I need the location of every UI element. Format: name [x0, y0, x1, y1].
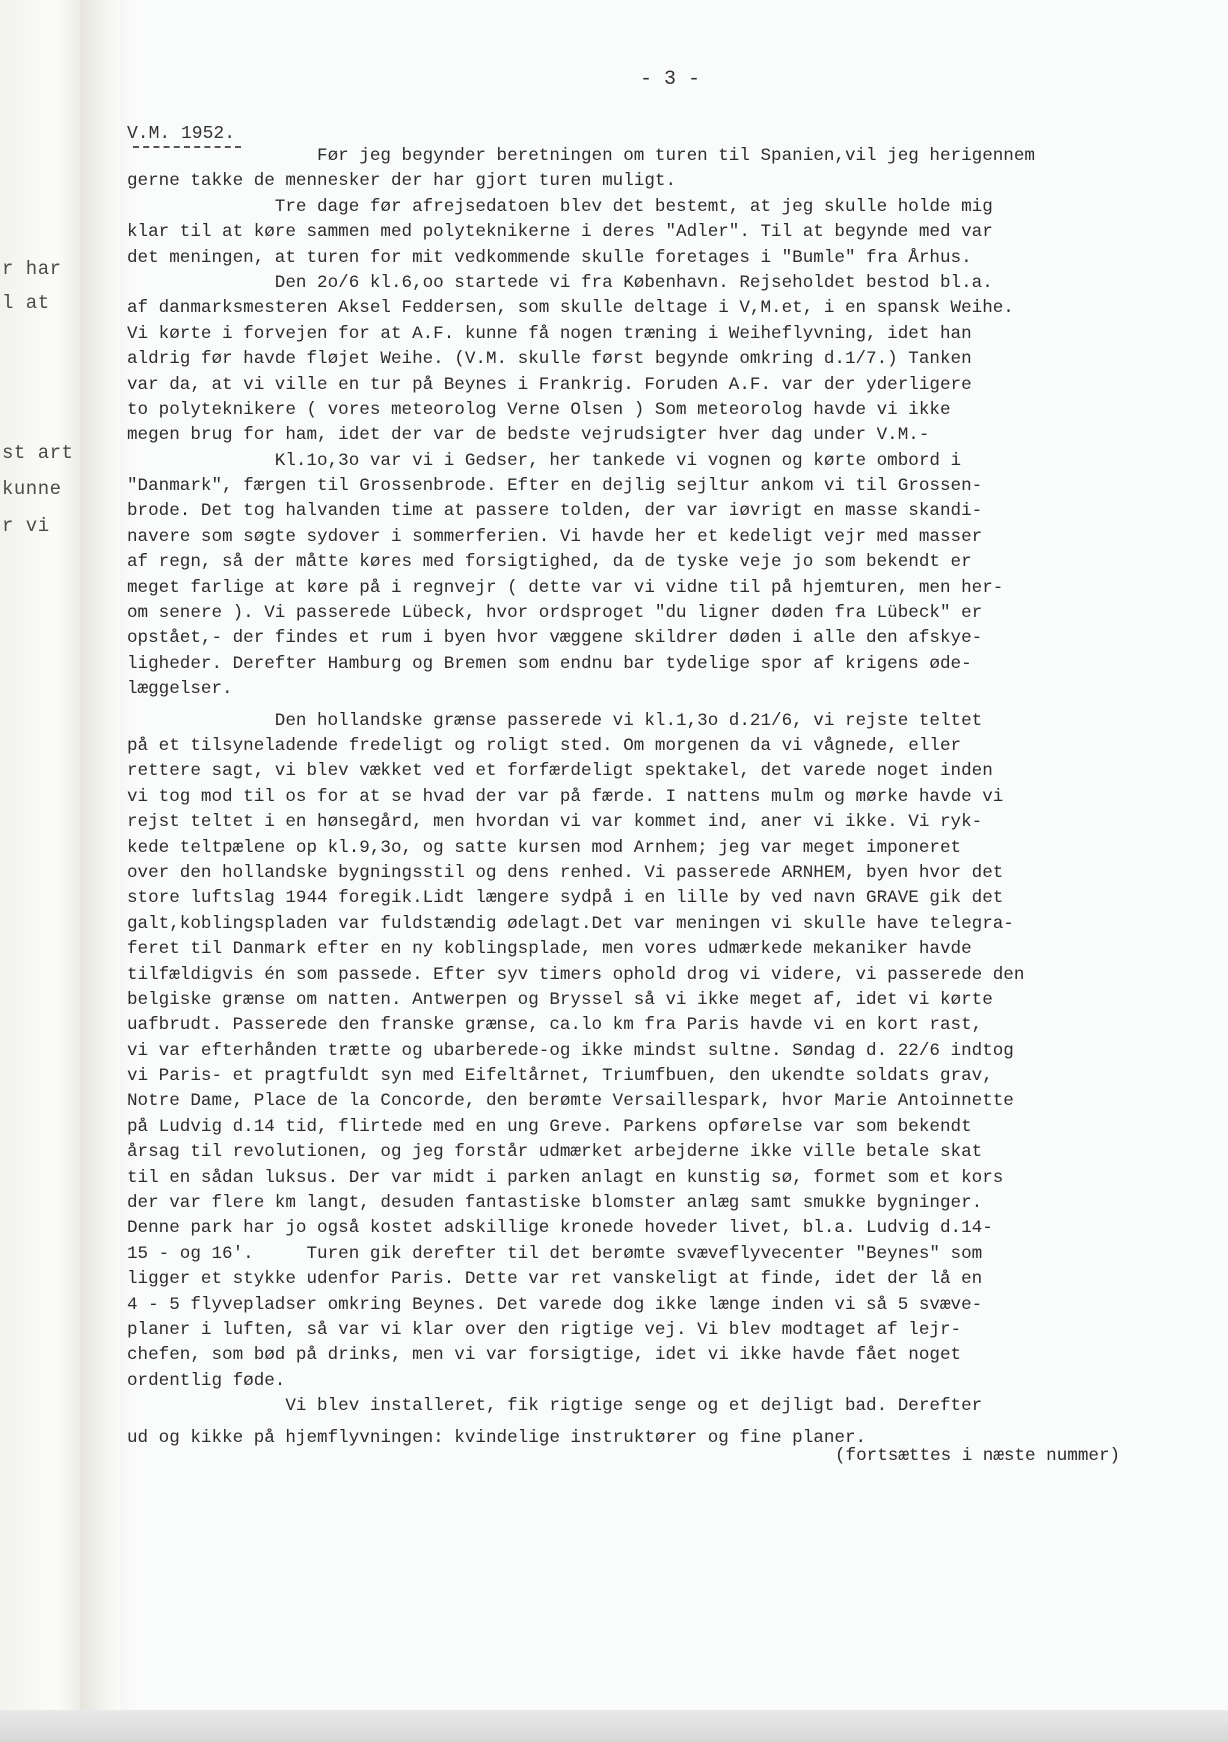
body-line: "Danmark", færgen til Grossenbrode. Efte… — [127, 474, 1227, 499]
body-line: over den hollandske bygningsstil og dens… — [127, 861, 1227, 886]
body-line: Notre Dame, Place de la Concorde, den be… — [127, 1089, 1227, 1114]
body-line: to polyteknikere ( vores meteorolog Vern… — [127, 398, 1227, 423]
body-line: 15 - og 16'. Turen gik derefter til det … — [127, 1242, 1227, 1267]
body-line: Vi blev installeret, fik rigtige senge o… — [127, 1394, 1227, 1419]
page-number: - 3 - — [640, 68, 700, 91]
body-line: vi var efterhånden trætte og ubarberede-… — [127, 1039, 1227, 1064]
scanner-bed-edge — [0, 1710, 1228, 1742]
body-line: Den 2o/6 kl.6,oo startede vi fra Københa… — [127, 271, 1227, 296]
body-line: Tre dage før afrejsedatoen blev det best… — [127, 195, 1227, 220]
body-line: galt,koblingspladen var fuldstændig ødel… — [127, 912, 1227, 937]
body-line: rettere sagt, vi blev vækket ved et forf… — [127, 759, 1227, 784]
body-line: rejst teltet i en hønsegård, men hvordan… — [127, 810, 1227, 835]
body-line: megen brug for ham, idet der var de beds… — [127, 423, 1227, 448]
body-line: ligheder. Derefter Hamburg og Bremen som… — [127, 652, 1227, 677]
body-line: på et tilsyneladende fredeligt og roligt… — [127, 734, 1227, 759]
body-line: gerne takke de mennesker der har gjort t… — [127, 169, 1227, 194]
body-line: klar til at køre sammen med polytekniker… — [127, 220, 1227, 245]
adjacent-page-edge: r har l at st art kunne r vi — [0, 0, 81, 1710]
body-line: opstået,- der findes et rum i byen hvor … — [127, 626, 1227, 651]
body-line: Kl.1o,3o var vi i Gedser, her tankede vi… — [127, 449, 1227, 474]
body-line: der var flere km langt, desuden fantasti… — [127, 1191, 1227, 1216]
body-line: belgiske grænse om natten. Antwerpen og … — [127, 988, 1227, 1013]
body-line: på Ludvig d.14 tid, flirtede med en ung … — [127, 1115, 1227, 1140]
body-line: af regn, så der måtte køres med forsigti… — [127, 550, 1227, 575]
adjacent-page-fragment: kunne — [2, 478, 62, 500]
body-line: Den hollandske grænse passerede vi kl.1,… — [127, 709, 1227, 734]
continued-note: (fortsættes i næste nummer) — [835, 1446, 1120, 1466]
body-line: var da, at vi ville en tur på Beynes i F… — [127, 373, 1227, 398]
body-line: chefen, som bød på drinks, men vi var fo… — [127, 1343, 1227, 1368]
body-line: ligger et stykke udenfor Paris. Dette va… — [127, 1267, 1227, 1292]
body-line: store luftslag 1944 foregik.Lidt længere… — [127, 886, 1227, 911]
page-gutter-shadow — [80, 0, 120, 1710]
article-body: Før jeg begynder beretningen om turen ti… — [127, 144, 1227, 1476]
body-line: 4 - 5 flyvepladser omkring Beynes. Det v… — [127, 1293, 1227, 1318]
adjacent-page-fragment: r har — [2, 258, 62, 280]
body-line: navere som søgte sydover i sommerferien.… — [127, 525, 1227, 550]
body-line: vi tog mod til os for at se hvad der var… — [127, 785, 1227, 810]
body-line: det meningen, at turen for mit vedkommen… — [127, 246, 1227, 271]
body-line: Denne park har jo også kostet adskillige… — [127, 1216, 1227, 1241]
body-line: kede teltpælene op kl.9,3o, og satte kur… — [127, 836, 1227, 861]
adjacent-page-fragment: r vi — [2, 515, 50, 537]
body-line: Før jeg begynder beretningen om turen ti… — [127, 144, 1227, 169]
body-line: uafbrudt. Passerede den franske grænse, … — [127, 1013, 1227, 1038]
adjacent-page-fragment: st art — [2, 442, 73, 464]
body-line: om senere ). Vi passerede Lübeck, hvor o… — [127, 601, 1227, 626]
adjacent-page-fragment: l at — [2, 292, 50, 314]
body-line: læggelser. — [127, 677, 1227, 702]
body-line: til en sådan luksus. Der var midt i park… — [127, 1166, 1227, 1191]
body-line: vi Paris- et pragtfuldt syn med Eifeltår… — [127, 1064, 1227, 1089]
body-line: årsag til revolutionen, og jeg forstår u… — [127, 1140, 1227, 1165]
body-line: Vi kørte i forvejen for at A.F. kunne få… — [127, 322, 1227, 347]
body-line: aldrig før havde fløjet Weihe. (V.M. sku… — [127, 347, 1227, 372]
body-line: meget farlige at køre på i regnvejr ( de… — [127, 576, 1227, 601]
body-line: brode. Det tog halvanden time at passere… — [127, 499, 1227, 524]
body-line: ordentlig føde. — [127, 1369, 1227, 1394]
body-line: feret til Danmark efter en ny koblingspl… — [127, 937, 1227, 962]
article-heading: V.M. 1952. — [127, 124, 235, 144]
body-line: af danmarksmesteren Aksel Feddersen, som… — [127, 296, 1227, 321]
body-line: tilfældigvis én som passede. Efter syv t… — [127, 963, 1227, 988]
body-line: planer i luften, så var vi klar over den… — [127, 1318, 1227, 1343]
